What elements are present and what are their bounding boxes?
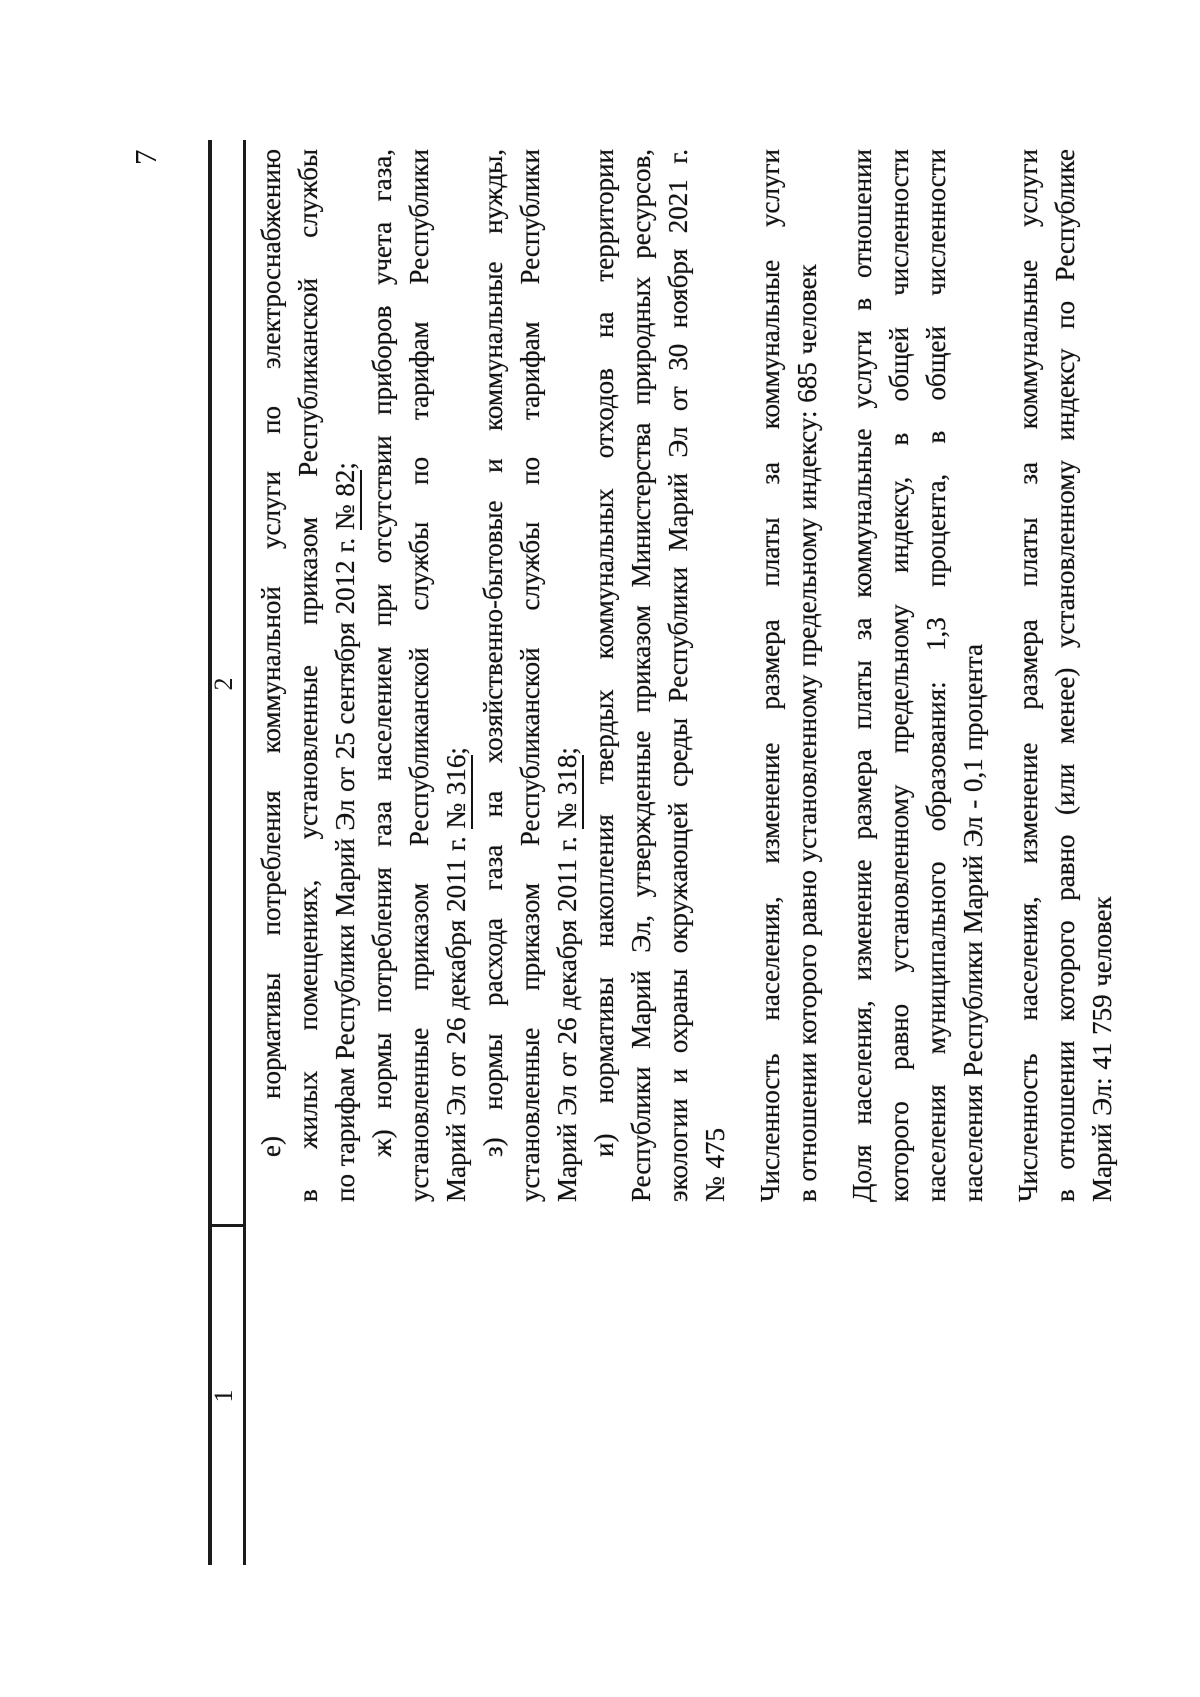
- table-column-divider: [208, 1224, 246, 1227]
- text-line: по тарифам Республики Марий Эл от 25 сен…: [327, 149, 364, 1202]
- text-line: № 475: [697, 149, 734, 1202]
- text-line: Численность населения, изменение размера…: [752, 149, 789, 1202]
- text-line: ж) нормы потребления газа населением при…: [364, 149, 401, 1202]
- page-number: 7: [128, 149, 164, 165]
- table-column1-header: 1: [209, 1366, 239, 1426]
- text-line: в жилых помещениях, установленные приказ…: [290, 149, 327, 1202]
- text-line: з) нормы расхода газа на хозяйственно-бы…: [475, 149, 512, 1202]
- document-rotated-page: 7 1 2 е) нормативы потребления коммуналь…: [0, 0, 1200, 1697]
- table-top-border: [208, 140, 212, 1565]
- text-line: и) нормативы накопления твердых коммунал…: [586, 149, 623, 1202]
- text-line: Марий Эл: 41 759 человек: [1084, 149, 1121, 1202]
- table-header-bottom-border: [243, 140, 246, 1565]
- text-line: в отношении которого равно (или менее) у…: [1047, 149, 1084, 1202]
- underlined-number: № 316: [441, 755, 473, 829]
- table-cell-text-block: е) нормативы потребления коммунальной ус…: [253, 149, 1121, 1202]
- underlined-number: № 318: [552, 755, 584, 829]
- text-line: экологии и охраны окружающей среды Респу…: [660, 149, 697, 1202]
- text-line: Численность населения, изменение размера…: [1010, 149, 1047, 1202]
- text-line: установленные приказом Республиканской с…: [401, 149, 438, 1202]
- table-column2-header: 2: [209, 654, 239, 714]
- scanned-page: 7 1 2 е) нормативы потребления коммуналь…: [0, 0, 1200, 1697]
- text-line: Доля населения, изменение размера платы …: [844, 149, 881, 1202]
- text-line: е) нормативы потребления коммунальной ус…: [253, 149, 290, 1202]
- text-line: Республики Марий Эл, утвержденные приказ…: [623, 149, 660, 1202]
- text-line: Марий Эл от 26 декабря 2011 г. № 318;: [549, 149, 586, 1202]
- text-line: Марий Эл от 26 декабря 2011 г. № 316;: [438, 149, 475, 1202]
- text-line: населения Республики Марий Эл - 0,1 проц…: [955, 149, 992, 1202]
- underlined-number: № 82: [330, 470, 362, 531]
- text-line: установленные приказом Республиканской с…: [512, 149, 549, 1202]
- text-line: в отношении которого равно установленном…: [789, 149, 826, 1202]
- text-line: которого равно установленному предельном…: [881, 149, 918, 1202]
- text-line: населения муниципального образования: 1,…: [918, 149, 955, 1202]
